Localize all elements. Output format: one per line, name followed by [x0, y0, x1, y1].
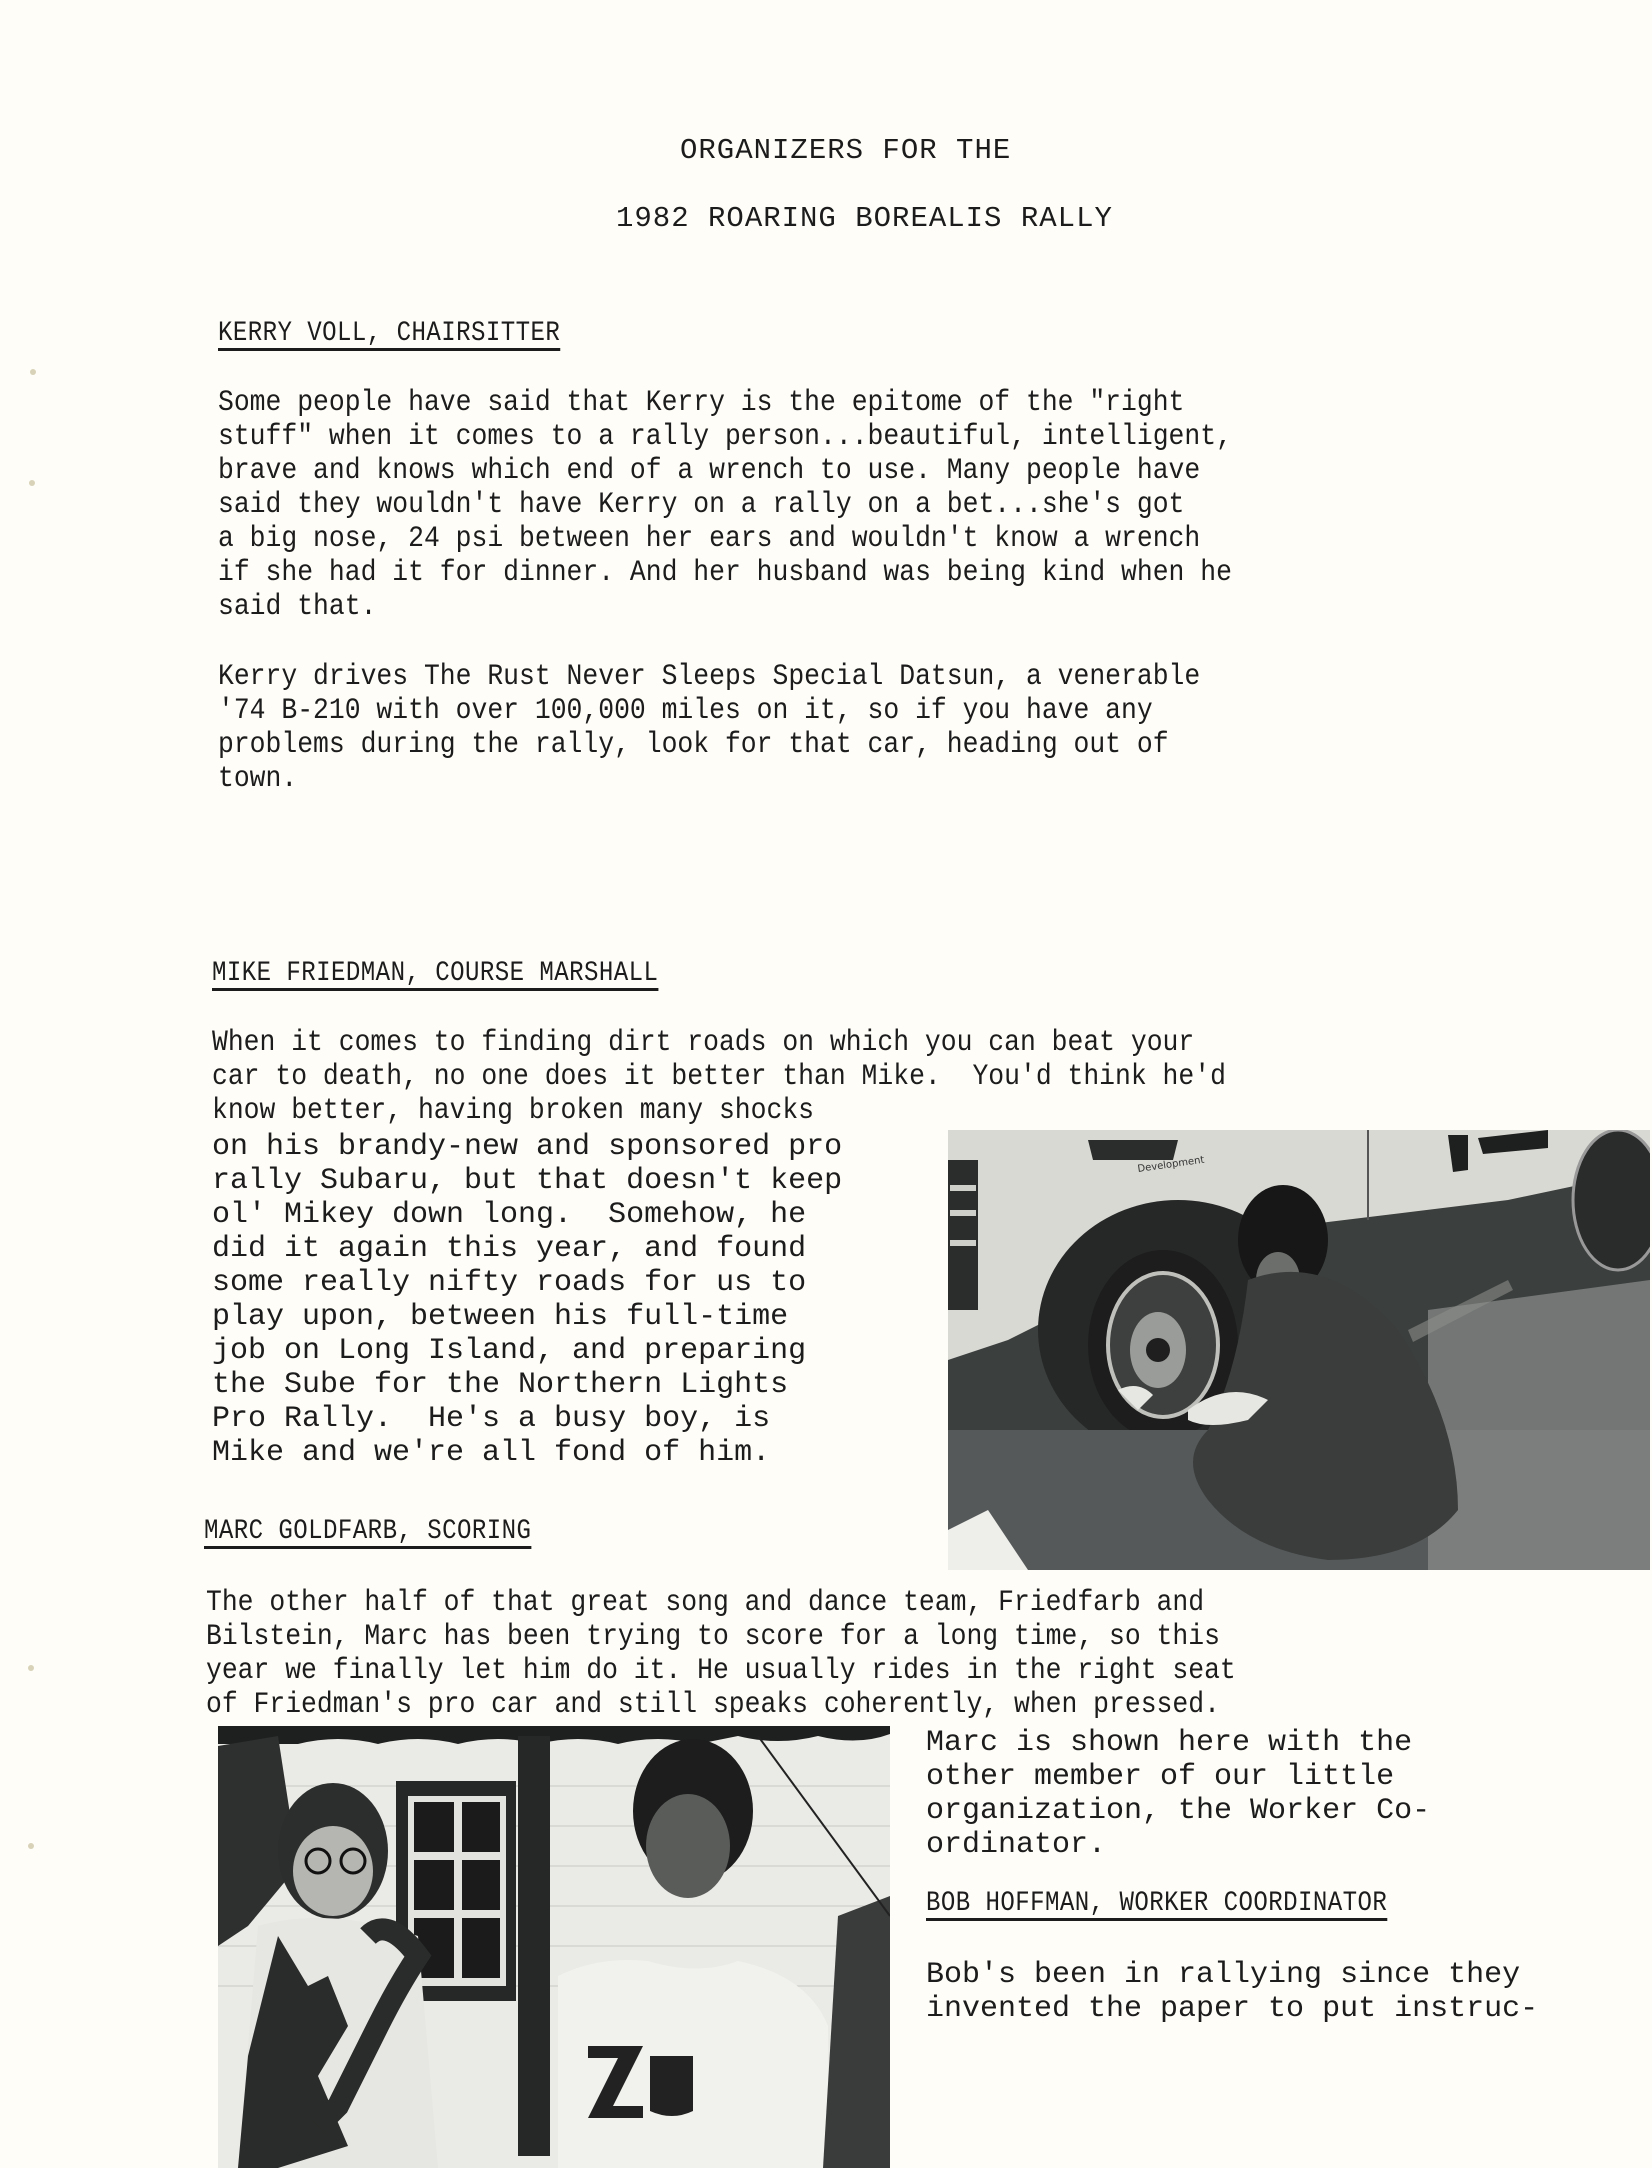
- section-paragraph: Bob's been in rallying since they invent…: [926, 1958, 1538, 2026]
- binder-hole-mark: [28, 1665, 34, 1671]
- document-page: ORGANIZERS FOR THE 1982 ROARING BOREALIS…: [0, 0, 1652, 2168]
- binder-hole-mark: [29, 480, 35, 486]
- section-paragraph: Kerry drives The Rust Never Sleeps Speci…: [218, 660, 1200, 796]
- section-heading-mike-friedman: MIKE FRIEDMAN, COURSE MARSHALL: [212, 958, 658, 989]
- page-title-line-2: 1982 ROARING BOREALIS RALLY: [616, 202, 1113, 235]
- photo-image: Development: [948, 1130, 1650, 1570]
- section-paragraph: on his brandy-new and sponsored pro rall…: [212, 1130, 842, 1470]
- section-heading-kerry-voll: KERRY VOLL, CHAIRSITTER: [218, 318, 560, 349]
- section-paragraph: When it comes to finding dirt roads on w…: [212, 1026, 1226, 1128]
- photo-marc-and-bob: [218, 1726, 890, 2168]
- section-heading-bob-hoffman: BOB HOFFMAN, WORKER COORDINATOR: [926, 1888, 1387, 1919]
- page-title-line-1: ORGANIZERS FOR THE: [680, 134, 1011, 167]
- section-heading-marc-goldfarb: MARC GOLDFARB, SCORING: [204, 1516, 531, 1547]
- binder-hole-mark: [30, 369, 36, 375]
- photo-mike-at-car-wheel: Development: [948, 1130, 1650, 1570]
- section-paragraph: Marc is shown here with the other member…: [926, 1726, 1430, 1862]
- section-paragraph: Some people have said that Kerry is the …: [218, 386, 1232, 624]
- photo-image: [218, 1726, 890, 2168]
- section-paragraph: The other half of that great song and da…: [206, 1586, 1236, 1722]
- binder-hole-mark: [28, 1843, 34, 1849]
